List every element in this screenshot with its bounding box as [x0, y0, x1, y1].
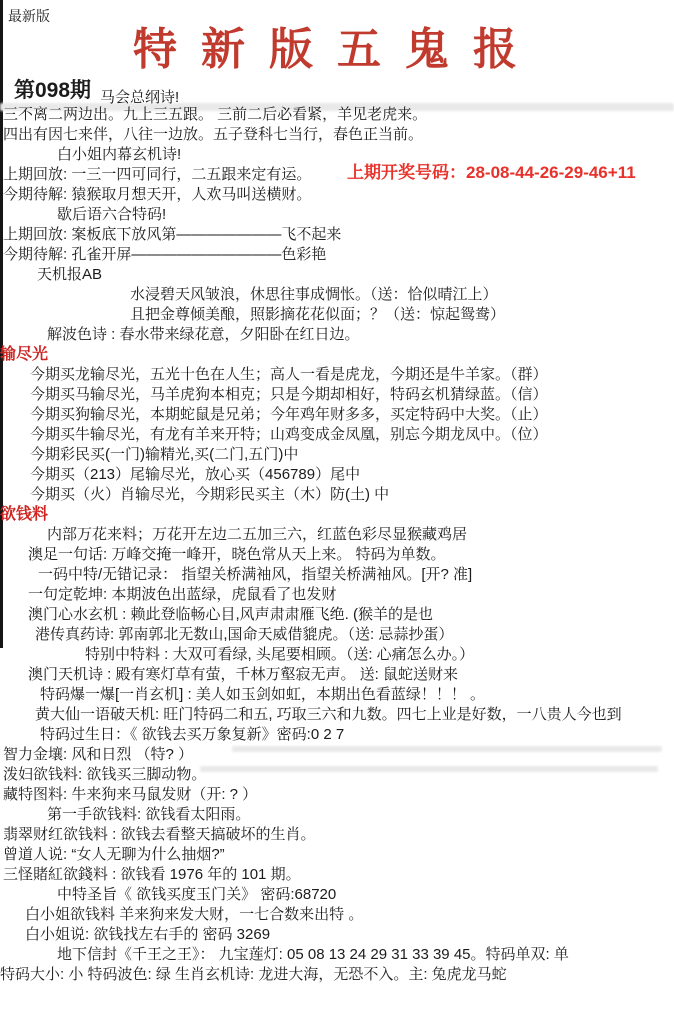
last-issue-review-text: 上期回放: 一三一四可同行，二五跟来定有运。 [3, 166, 311, 183]
xiehouyu-title-text: 歇后语六合特码! [57, 206, 166, 223]
shujinguang-dog-text: 今期买狗输尽光，本期蛇鼠是兄弟；今年鸡年财多多，买定特码中大奖。（止） [30, 406, 548, 423]
special-zhongte: 特别中特料 : 大双可看绿, 头尾要相顾。（送: 心痛怎么办。） [0, 645, 674, 665]
zhongte-shengzhi-text: 中特圣旨《 欲钱买度玉门关》 密码:68720 [57, 886, 336, 903]
shujinguang-elements: 今期买（火）肖输尽光，今期彩民买主（木）防(土) 中 [0, 485, 674, 505]
pofu-yuqian: 泼妇欲钱料: 欲钱买三脚动物。 [0, 765, 674, 785]
macau-tianji-poem: 澳门天机诗 : 殿有寒灯草有萤，千林万壑寂无声。 送: 鼠蛇送财来 [0, 665, 674, 685]
tema-summary-text: 特码大小: 小 特码波色: 绿 生肖玄机诗: 龙进大海，无恐不入。主: 兔虎龙马… [0, 966, 507, 983]
huangdaxian-text: 黄大仙一语破天机: 旺门特码二和五, 巧取三六和九数。四七上业是好数，一八贵人今… [35, 706, 622, 723]
macau-tianji-poem-text: 澳门天机诗 : 殿有寒灯草有萤，千林万壑寂无声。 送: 鼠蛇送财来 [28, 666, 458, 683]
shujinguang-doors: 今期彩民买(一门)输精光,买(二门,五门)中 [0, 445, 674, 465]
inner-wanhua-text: 内部万花来料；万花开左边二五加三六，红蓝色彩尽显猴藏鸡居 [47, 526, 467, 543]
first-hand-yuqian-text: 第一手欲钱料: 欲钱看太阳雨。 [47, 806, 250, 823]
page-title: 特新版五鬼报 [0, 26, 674, 74]
general-poem-line-1-text: 三不离二两边出。九上三五跟。 三前二后必看紧，羊见老虎来。 [3, 106, 427, 123]
this-issue-riddle-text: 今期待解: 猿猴取月想天开，人欢马叫送横财。 [3, 186, 311, 203]
section-heading-shujinguang-text: 输尽光 [0, 346, 48, 363]
this-issue-riddle: 今期待解: 猿猴取月想天开，人欢马叫送横财。 [0, 185, 674, 205]
zengdaoren-says-text: 曾道人说: “女人无聊为什么抽烟?” [3, 846, 225, 863]
aozu-sentence-text: 澳足一句话: 万峰交掩一峰开，晓色常从天上来。 特码为单数。 [28, 546, 446, 563]
tianji-report-label-text: 天机报AB [37, 266, 102, 283]
zhili-jinrang-text: 智力金壤: 风和日烈 （特? ） [3, 746, 193, 763]
underground-envelope: 地下信封《千王之王》： 九宝莲灯: 05 08 13 24 29 31 33 3… [0, 945, 674, 965]
tianji-poem-2: 且把金尊倾美酿，照影摘花花似面；？（送：惊起鸳鸯） [0, 305, 674, 325]
xiehouyu-last: 上期回放: 案板底下放风第———————飞不起来 [0, 225, 674, 245]
tema-bao: 特码爆一爆[一肖玄机] : 美人如玉剑如虹，本期出色看蓝绿！！！ 。 [0, 685, 674, 705]
wave-color-poem-text: 解波色诗 : 春水带来绿花意，夕阳卧在红日边。 [47, 326, 360, 343]
one-code-record-text: 一码中特/无错记录： 指望关桥满袖风，指望关桥满袖风。[开? 准] [38, 566, 472, 583]
wave-color-poem: 解波色诗 : 春水带来绿花意，夕阳卧在红日边。 [0, 325, 674, 345]
body-lines: 三不离二两边出。九上三五跟。 三前二后必看紧，羊见老虎来。四出有因七来伴，八往一… [0, 105, 674, 985]
last-issue-review: 上期回放: 一三一四可同行，二五跟来定有运。上期开奖号码：28-08-44-26… [0, 165, 674, 185]
underground-envelope-text: 地下信封《千王之王》： 九宝莲灯: 05 08 13 24 29 31 33 3… [57, 946, 569, 963]
intro-label: 马会总纲诗! [100, 86, 179, 107]
shujinguang-elements-text: 今期买（火）肖输尽光，今期彩民买主（木）防(土) 中 [30, 486, 389, 503]
tema-birthday-text: 特码过生日：《 欲钱去买万象复新》密码:0 2 7 [40, 726, 344, 743]
macau-xinshui-text: 澳门心水玄机 : 赖此登临畅心目,风声肃肃雁飞绝. (猴羊的是也 [28, 606, 433, 623]
first-hand-yuqian: 第一手欲钱料: 欲钱看太阳雨。 [0, 805, 674, 825]
huangdaxian: 黄大仙一语破天机: 旺门特码二和五, 巧取三六和九数。四七上业是好数，一八贵人今… [0, 705, 674, 725]
section-heading-shujinguang: 输尽光 [0, 345, 674, 365]
hk-medicine-poem-text: 港传真药诗: 郭南郭北无数山,国命天威借貔虎。（送: 忌蒜抄蛋） [35, 626, 453, 643]
white-lady-poem-title-text: 白小姐内幕玄机诗! [57, 146, 181, 163]
one-sentence-qiankun: 一句定乾坤: 本期波色出蓝绿，虎鼠看了也发财 [0, 585, 674, 605]
tianji-report-label: 天机报AB [0, 265, 674, 285]
tianji-poem-2-text: 且把金尊倾美酿，照影摘花花似面；？（送：惊起鸳鸯） [130, 306, 505, 323]
white-lady-says-text: 白小姐说: 欲钱找左右手的 密码 3269 [25, 926, 270, 943]
aozu-sentence: 澳足一句话: 万峰交掩一峰开，晓色常从天上来。 特码为单数。 [0, 545, 674, 565]
tianji-poem-1: 水浸碧天风皱浪，休思往事成惆怅。（送：恰似晴江上） [0, 285, 674, 305]
general-poem-line-2: 四出有因七来伴，八往一边放。五子登科七当行，春色正当前。 [0, 125, 674, 145]
zhili-jinrang: 智力金壤: 风和日烈 （特? ） [0, 745, 674, 765]
inner-wanhua: 内部万花来料；万花开左边二五加三六，红蓝色彩尽显猴藏鸡居 [0, 525, 674, 545]
section-heading-yuqianliao-text: 欲钱料 [0, 506, 48, 523]
sanguai-duhong: 三怪賭紅欲錢料 : 欲钱看 1976 年的 101 期。 [0, 865, 674, 885]
one-sentence-qiankun-text: 一句定乾坤: 本期波色出蓝绿，虎鼠看了也发财 [28, 586, 336, 603]
white-lady-yuqian-text: 白小姐欲钱料 羊来狗来发大财，一七合数来出特 。 [25, 906, 363, 923]
zhongte-shengzhi: 中特圣旨《 欲钱买度玉门关》 密码:68720 [0, 885, 674, 905]
shujinguang-ox-text: 今期买牛输尽光，有龙有羊来开特；山鸡变成金凤凰，别忘今期龙凤中。（位） [30, 426, 548, 443]
pofu-yuqian-text: 泼妇欲钱料: 欲钱买三脚动物。 [3, 766, 206, 783]
shujinguang-ox: 今期买牛输尽光，有龙有羊来开特；山鸡变成金凤凰，别忘今期龙凤中。（位） [0, 425, 674, 445]
issue-number: 第098期 [14, 74, 91, 104]
xiehouyu-this: 今期待解: 孔雀开屏——————————色彩艳 [0, 245, 674, 265]
xiehouyu-title: 歇后语六合特码! [0, 205, 674, 225]
white-lady-poem-title: 白小姐内幕玄机诗! [0, 145, 674, 165]
general-poem-line-1: 三不离二两边出。九上三五跟。 三前二后必看紧，羊见老虎来。 [0, 105, 674, 125]
macau-xinshui: 澳门心水玄机 : 赖此登临畅心目,风声肃肃雁飞绝. (猴羊的是也 [0, 605, 674, 625]
feicui-caihong-text: 翡翠财红欲钱料 : 欲钱去看整天搞破坏的生肖。 [3, 826, 316, 843]
general-poem-line-2-text: 四出有因七来伴，八往一边放。五子登科七当行，春色正当前。 [3, 126, 423, 143]
cangte-tuliao: 藏特图料: 牛来狗来马鼠发财（开: ? ） [0, 785, 674, 805]
one-code-record: 一码中特/无错记录： 指望关桥满袖风，指望关桥满袖风。[开? 准] [0, 565, 674, 585]
hk-medicine-poem: 港传真药诗: 郭南郭北无数山,国命天威借貔虎。（送: 忌蒜抄蛋） [0, 625, 674, 645]
shujinguang-doors-text: 今期彩民买(一门)输精光,买(二门,五门)中 [30, 446, 298, 463]
edition-label: 最新版 [8, 6, 50, 26]
tema-bao-text: 特码爆一爆[一肖玄机] : 美人如玉剑如虹，本期出色看蓝绿！！！ 。 [40, 686, 485, 703]
shujinguang-dog: 今期买狗输尽光，本期蛇鼠是兄弟；今年鸡年财多多，买定特码中大奖。（止） [0, 405, 674, 425]
cangte-tuliao-text: 藏特图料: 牛来狗来马鼠发财（开: ? ） [3, 786, 257, 803]
zengdaoren-says: 曾道人说: “女人无聊为什么抽烟?” [0, 845, 674, 865]
shujinguang-horse: 今期买马输尽光，马羊虎狗本相克；只是今期却相好，特码玄机猜绿蓝。（信） [0, 385, 674, 405]
special-zhongte-text: 特别中特料 : 大双可看绿, 头尾要相顾。（送: 心痛怎么办。） [85, 646, 474, 663]
tema-birthday: 特码过生日：《 欲钱去买万象复新》密码:0 2 7 [0, 725, 674, 745]
last-draw-numbers: 上期开奖号码：28-08-44-26-29-46+11 [347, 163, 636, 183]
tema-summary: 特码大小: 小 特码波色: 绿 生肖玄机诗: 龙进大海，无恐不入。主: 兔虎龙马… [0, 965, 674, 985]
section-heading-yuqianliao: 欲钱料 [0, 505, 674, 525]
shujinguang-tails: 今期买（213）尾输尽光，放心买（456789）尾中 [0, 465, 674, 485]
shujinguang-horse-text: 今期买马输尽光，马羊虎狗本相克；只是今期却相好，特码玄机猜绿蓝。（信） [30, 386, 548, 403]
feicui-caihong: 翡翠财红欲钱料 : 欲钱去看整天搞破坏的生肖。 [0, 825, 674, 845]
shujinguang-dragon-text: 今期买龙输尽光，五光十色在人生；高人一看是虎龙，今期还是牛羊家。（群） [30, 366, 548, 383]
white-lady-yuqian: 白小姐欲钱料 羊来狗来发大财，一七合数来出特 。 [0, 905, 674, 925]
shujinguang-tails-text: 今期买（213）尾输尽光，放心买（456789）尾中 [30, 466, 360, 483]
shujinguang-dragon: 今期买龙输尽光，五光十色在人生；高人一看是虎龙，今期还是牛羊家。（群） [0, 365, 674, 385]
xiehouyu-last-text: 上期回放: 案板底下放风第———————飞不起来 [3, 226, 341, 243]
white-lady-says: 白小姐说: 欲钱找左右手的 密码 3269 [0, 925, 674, 945]
five-ghost-report-page: 最新版 特新版五鬼报 第098期 马会总纲诗! 三不离二两边出。九上三五跟。 三… [0, 0, 674, 1011]
xiehouyu-this-text: 今期待解: 孔雀开屏——————————色彩艳 [3, 246, 326, 263]
sanguai-duhong-text: 三怪賭紅欲錢料 : 欲钱看 1976 年的 101 期。 [3, 866, 301, 883]
tianji-poem-1-text: 水浸碧天风皱浪，休思往事成惆怅。（送：恰似晴江上） [130, 286, 498, 303]
